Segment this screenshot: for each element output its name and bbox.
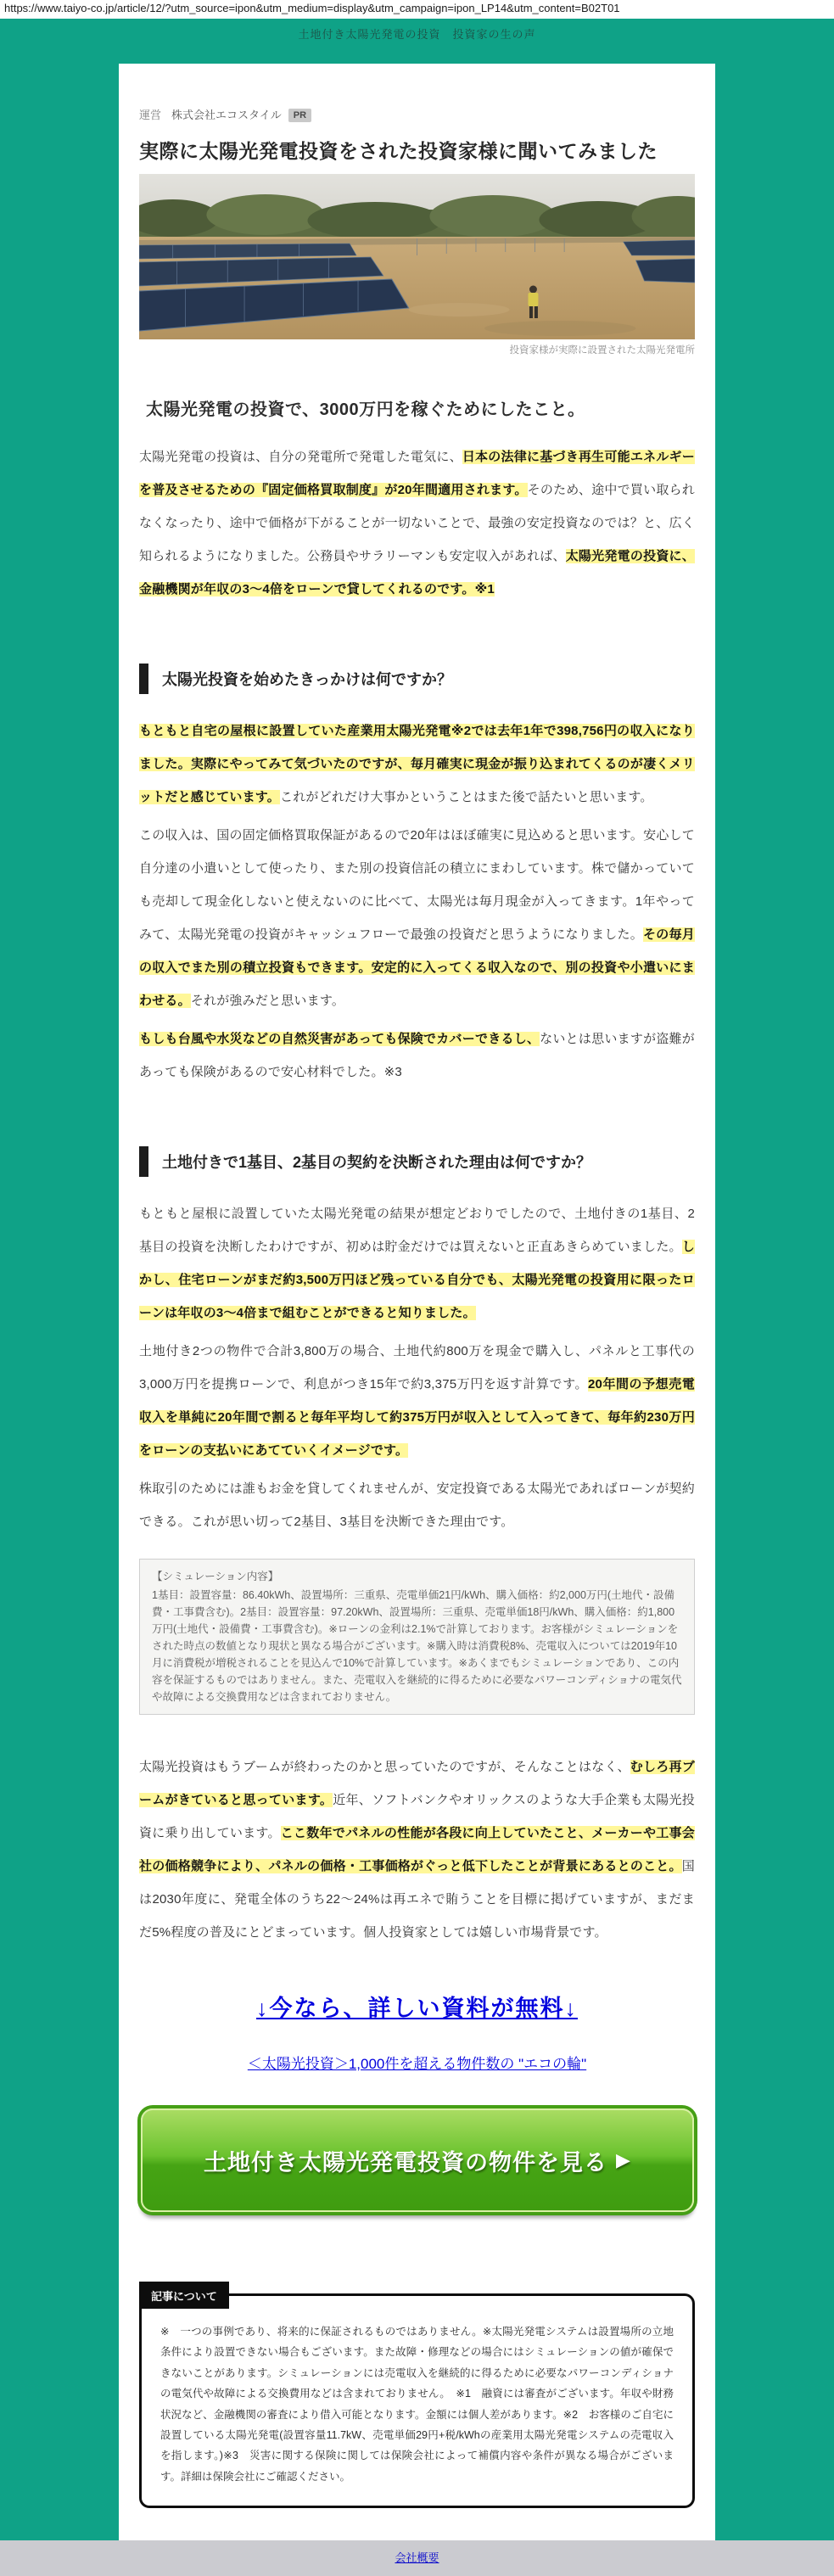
cta-large-link-row: ↓今なら、詳しい資料が無料↓ [139, 1990, 695, 2023]
cta-small-link-row: ＜太陽光投資＞1,000件を超える物件数の "エコの輪" [139, 2052, 695, 2073]
view-properties-button[interactable]: 土地付き太陽光発電投資の物件を見る ▶ [141, 2108, 694, 2212]
question-heading-1: 太陽光投資を始めたきっかけは何ですか？ [139, 664, 695, 694]
article-meta: 運営株式会社エコスタイルPR [139, 106, 695, 122]
operator-name: 株式会社エコスタイル [171, 109, 282, 121]
site-header-title: 土地付き太陽光発電の投資 投資家の生の声 [298, 28, 535, 41]
simulation-box-title: 【シミュレーション内容】 [152, 1568, 682, 1585]
solar-farm-photo [139, 174, 695, 339]
pr-badge: PR [288, 109, 311, 122]
paragraph-3: この収入は、国の固定価格買取保証があるので20年はほぼ確実に見込めると思います。… [139, 819, 695, 1017]
article-card: 運営株式会社エコスタイルPR 実際に太陽光発電投資をされた投資家様に聞いてみまし… [119, 64, 715, 2540]
solar-farm-illustration [139, 174, 695, 339]
view-properties-button-label: 土地付き太陽光発電投資の物件を見る [204, 2144, 607, 2177]
page: https://www.taiyo-co.jp/article/12/?utm_… [0, 0, 834, 2576]
paragraph-7: 株取引のためには誰もお金を貸してくれませんが、安定投資である太陽光であればローン… [139, 1472, 695, 1538]
text-run: この収入は、国の固定価格買取保証があるので20年はほぼ確実に見込めると思います。… [139, 828, 695, 942]
text-run: 太陽光投資はもうブームが終わったのかと思っていたのですが、そんなことはなく、 [139, 1760, 630, 1774]
paragraph-4: もしも台風や水災などの自然災害があっても保険でカバーできるし、ないとは思いますが… [139, 1022, 695, 1089]
paragraph-8: 太陽光投資はもうブームが終わったのかと思っていたのですが、そんなことはなく、むし… [139, 1750, 695, 1949]
site-header: 土地付き太陽光発電の投資 投資家の生の声 [0, 19, 834, 51]
highlighted-text: もしも台風や水災などの自然災害があっても保険でカバーできるし、 [139, 1032, 540, 1046]
article-note-box: 記事について ※ 一つの事例であり、将来的に保証されるものではありません。※太陽… [139, 2293, 695, 2508]
text-run: 太陽光発電の投資は、自分の発電所で発電した電気に、 [139, 450, 462, 464]
browser-url-text[interactable]: https://www.taiyo-co.jp/article/12/?utm_… [0, 0, 834, 19]
question-heading-2: 土地付きで1基目、2基目の契約を決断された理由は何ですか？ [139, 1146, 695, 1177]
company-overview-link[interactable]: 会社概要 [395, 2551, 439, 2564]
section-heading-main: 太陽光発電の投資で、3000万円を稼ぐためにしたこと。 [139, 395, 695, 420]
arrow-right-icon: ▶ [616, 2149, 630, 2171]
paragraph-6: 土地付き2つの物件で合計3,800万の場合、土地代約800万を現金で購入し、パネ… [139, 1335, 695, 1467]
operator-label: 運営 [139, 109, 161, 121]
page-background: 運営株式会社エコスタイルPR 実際に太陽光発電投資をされた投資家様に聞いてみまし… [0, 51, 834, 2540]
paragraph-2: もともと自宅の屋根に設置していた産業用太陽光発電※2では去年1年で398,756… [139, 714, 695, 814]
text-run: それが強みだと思います。 [191, 994, 344, 1008]
simulation-box-body: 1基目：設置容量：86.40kWh、設置場所：三重県、売電単価21円/kWh、購… [152, 1587, 682, 1705]
note-box-tab: 記事について [139, 2282, 229, 2309]
article-title: 実際に太陽光発電投資をされた投資家様に聞いてみました [139, 136, 695, 164]
paragraph-5: もともと屋根に設置していた太陽光発電の結果が想定どおりでしたので、土地付きの1基… [139, 1197, 695, 1330]
note-box-text: ※ 一つの事例であり、将来的に保証されるものではありません。※太陽光発電システム… [160, 2321, 674, 2487]
text-run: もともと屋根に設置していた太陽光発電の結果が想定どおりでしたので、土地付きの1基… [139, 1207, 695, 1254]
text-run: これがどれだけ大事かということはまた後で話たいと思います。 [280, 790, 653, 804]
paragraph-1: 太陽光発電の投資は、自分の発電所で発電した電気に、日本の法律に基づき再生可能エネ… [139, 440, 695, 606]
page-footer: 会社概要 [0, 2540, 834, 2576]
free-material-link[interactable]: ↓今なら、詳しい資料が無料↓ [256, 1996, 578, 2021]
hero-caption: 投資家様が実際に設置された太陽光発電所 [139, 343, 695, 356]
eco-no-wa-link[interactable]: ＜太陽光投資＞1,000件を超える物件数の "エコの輪" [248, 2056, 586, 2072]
simulation-box: 【シミュレーション内容】 1基目：設置容量：86.40kWh、設置場所：三重県、… [139, 1559, 695, 1715]
